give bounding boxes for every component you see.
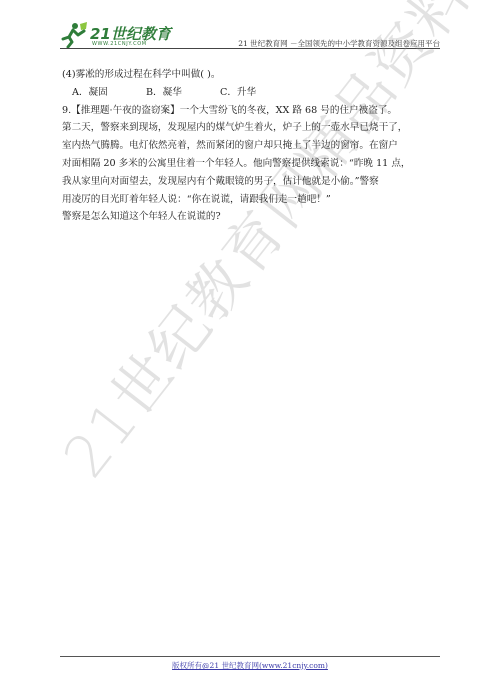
sub-question-4: (4)雾凇的形成过程在科学中叫做( )。 [62, 66, 442, 84]
page-header: 21世纪教育 WWW.21CNJY.COM 21 世纪教育网 －全国领先的中小学… [60, 20, 440, 50]
question-9-line-6: 用凌厉的目光盯着年轻人说：“你在说谎，请跟我们走一趟吧！” [62, 191, 442, 209]
site-logo[interactable]: 21世纪教育 WWW.21CNJY.COM [60, 22, 170, 48]
footer-divider [60, 656, 440, 657]
header-divider [60, 48, 440, 49]
question-9-line-2: 第二天，警察来到现场，发现屋内的煤气炉生着火，炉子上的一壶水早已烧干了， [62, 119, 442, 137]
answer-options: A．凝固B．凝华C．升华 [62, 84, 442, 102]
runner-icon [60, 22, 88, 48]
question-9-line-1: 9.【推理题·午夜的盗窃案】一个大雪纷飞的冬夜，XX 路 68 号的住户被盗了。 [62, 102, 442, 120]
option-c[interactable]: C．升华 [220, 84, 256, 102]
option-a[interactable]: A．凝固 [72, 84, 146, 102]
document-page: 21世纪教育 WWW.21CNJY.COM 21 世纪教育网 －全国领先的中小学… [0, 0, 500, 692]
question-9-line-3: 室内热气腾腾。电灯依然亮着，然而紧闭的窗户却只掩上了半边的窗帘。在窗户 [62, 137, 442, 155]
question-9-line-5: 我从家里向对面望去，发现屋内有个戴眼镜的男子，估计他就是小偷。”警察 [62, 173, 442, 191]
logo-url: WWW.21CNJY.COM [92, 41, 147, 47]
copyright-link[interactable]: 版权所有@21 世纪教育网(www.21cnjy.com) [0, 660, 500, 671]
question-9-prompt: 警察是怎么知道这个年轻人在说谎的? [62, 208, 442, 226]
question-content: (4)雾凇的形成过程在科学中叫做( )。 A．凝固B．凝华C．升华 9.【推理题… [62, 66, 442, 226]
option-b[interactable]: B．凝华 [146, 84, 220, 102]
question-9-line-4: 对面相隔 20 多米的公寓里住着一个年轻人。他向警察提供线索说：“昨晚 11 点… [62, 155, 442, 173]
